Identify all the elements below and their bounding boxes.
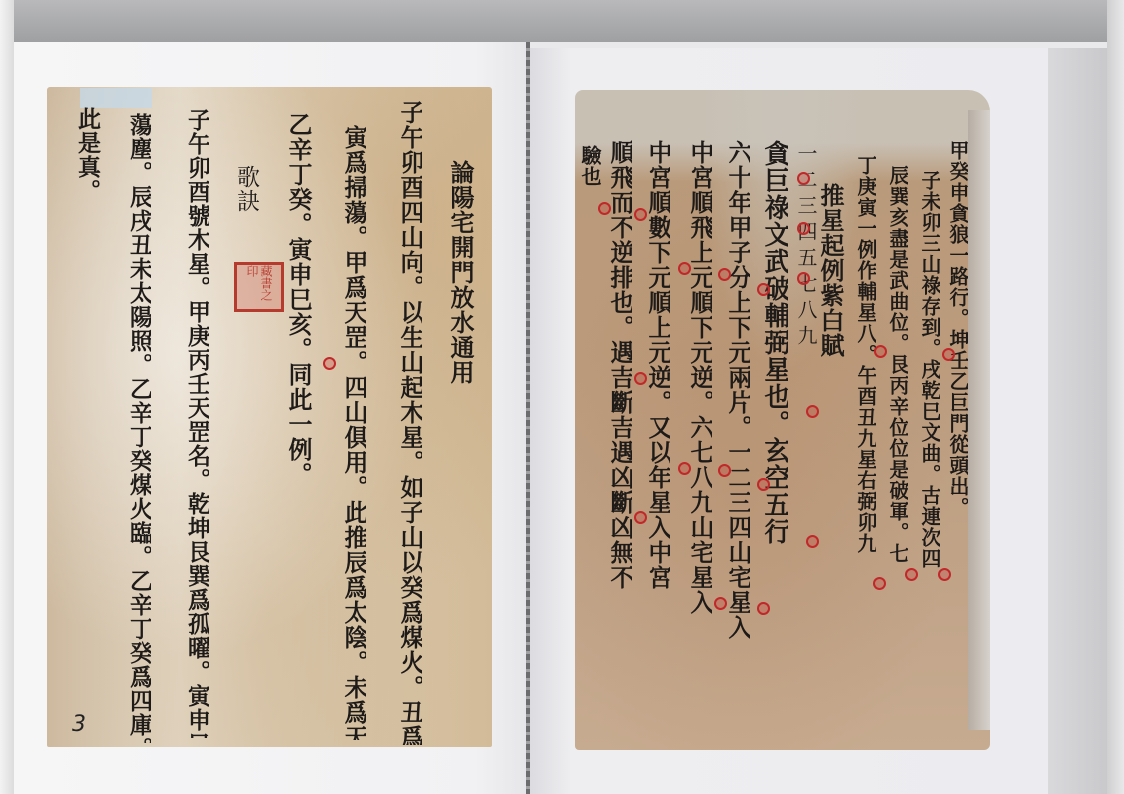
text-column: 子午卯酉四山向。以生山起木星。如子山以癸爲煤火。丑爲太陽。艮爲孤曜。 [398,100,422,745]
red-annotation-mark [323,357,336,370]
text-column: 中宮順飛上元順下元逆。六七八九山宅星入 [688,140,712,705]
red-annotation-mark [634,208,647,221]
left-page-title: 論陽宅開門放水通用 [448,160,472,385]
text-column: 子午卯酉號木星。甲庚丙壬天罡名。乾坤艮巽爲孤曜。寅申巳亥掃 [186,108,209,738]
red-annotation-mark [942,348,955,361]
red-annotation-mark [678,262,691,275]
scanner-right-edge [1107,0,1124,794]
red-seal-stamp: 藏書之印 [234,262,284,312]
red-annotation-mark [757,478,770,491]
text-column: 順飛而不逆排也。遇吉斷吉遇凶斷凶無不 [608,140,632,705]
red-annotation-mark [634,511,647,524]
text-column: 子未卯三山祿存到。戌乾巳文曲。古連次四 [920,170,940,610]
page-edge-shadow [1048,48,1107,794]
text-column: 此是真。 [76,107,99,203]
text-column: 甲癸申貪狼一路行。坤壬乙巨門從頭出。 [948,140,968,660]
text-column: 乙辛丁癸。寅申巳亥。同此一例。 [286,112,310,487]
scanner-lid [0,0,1124,42]
red-annotation-mark [806,535,819,548]
scanner-left-edge [0,0,14,794]
red-annotation-mark [874,345,887,358]
red-annotation-mark [905,568,918,581]
red-annotation-mark [757,602,770,615]
red-annotation-mark [797,272,810,285]
red-annotation-mark [938,568,951,581]
red-annotation-mark [873,577,886,590]
text-column: 寅爲掃蕩。甲爲天罡。四山俱用。此推辰爲太陰。未爲天財。戌爲金水。 [342,125,366,740]
red-annotation-mark [797,172,810,185]
section-heading: 歌訣 [234,165,257,213]
text-column: 丁庚寅一例作輔星八。午酉丑九星右弼卯九 [856,155,876,615]
text-column: 蕩塵。辰戌丑未太陽照。乙辛丁癸煤火臨。乙辛丁癸爲四庫。八山又查 [128,113,151,743]
red-annotation-mark [806,405,819,418]
text-column: 貪巨祿文武破輔弼星也。玄空五行 [762,140,788,680]
red-annotation-mark [757,283,770,296]
red-annotation-mark [714,597,727,610]
red-annotation-mark [718,464,731,477]
red-annotation-mark [797,222,810,235]
manuscript-leaf-left [47,87,492,747]
text-column: 驗也 [580,145,600,187]
text-column: 辰巽亥盡是武曲位。艮丙辛位位是破軍。七 [888,165,908,605]
section-heading: 推星起例紫白賦 [818,183,842,358]
text-column: 中宮順數下元順上元逆。又以年星入中宮 [646,140,670,705]
red-annotation-mark [598,202,611,215]
red-annotation-mark [718,268,731,281]
text-column: 六十年甲子分上下元兩片。一二三四山宅星入 [726,140,750,705]
red-annotation-mark [678,462,691,475]
page-number: 3 [72,712,86,737]
red-annotation-mark [634,372,647,385]
paper-repair-strip [80,88,152,108]
